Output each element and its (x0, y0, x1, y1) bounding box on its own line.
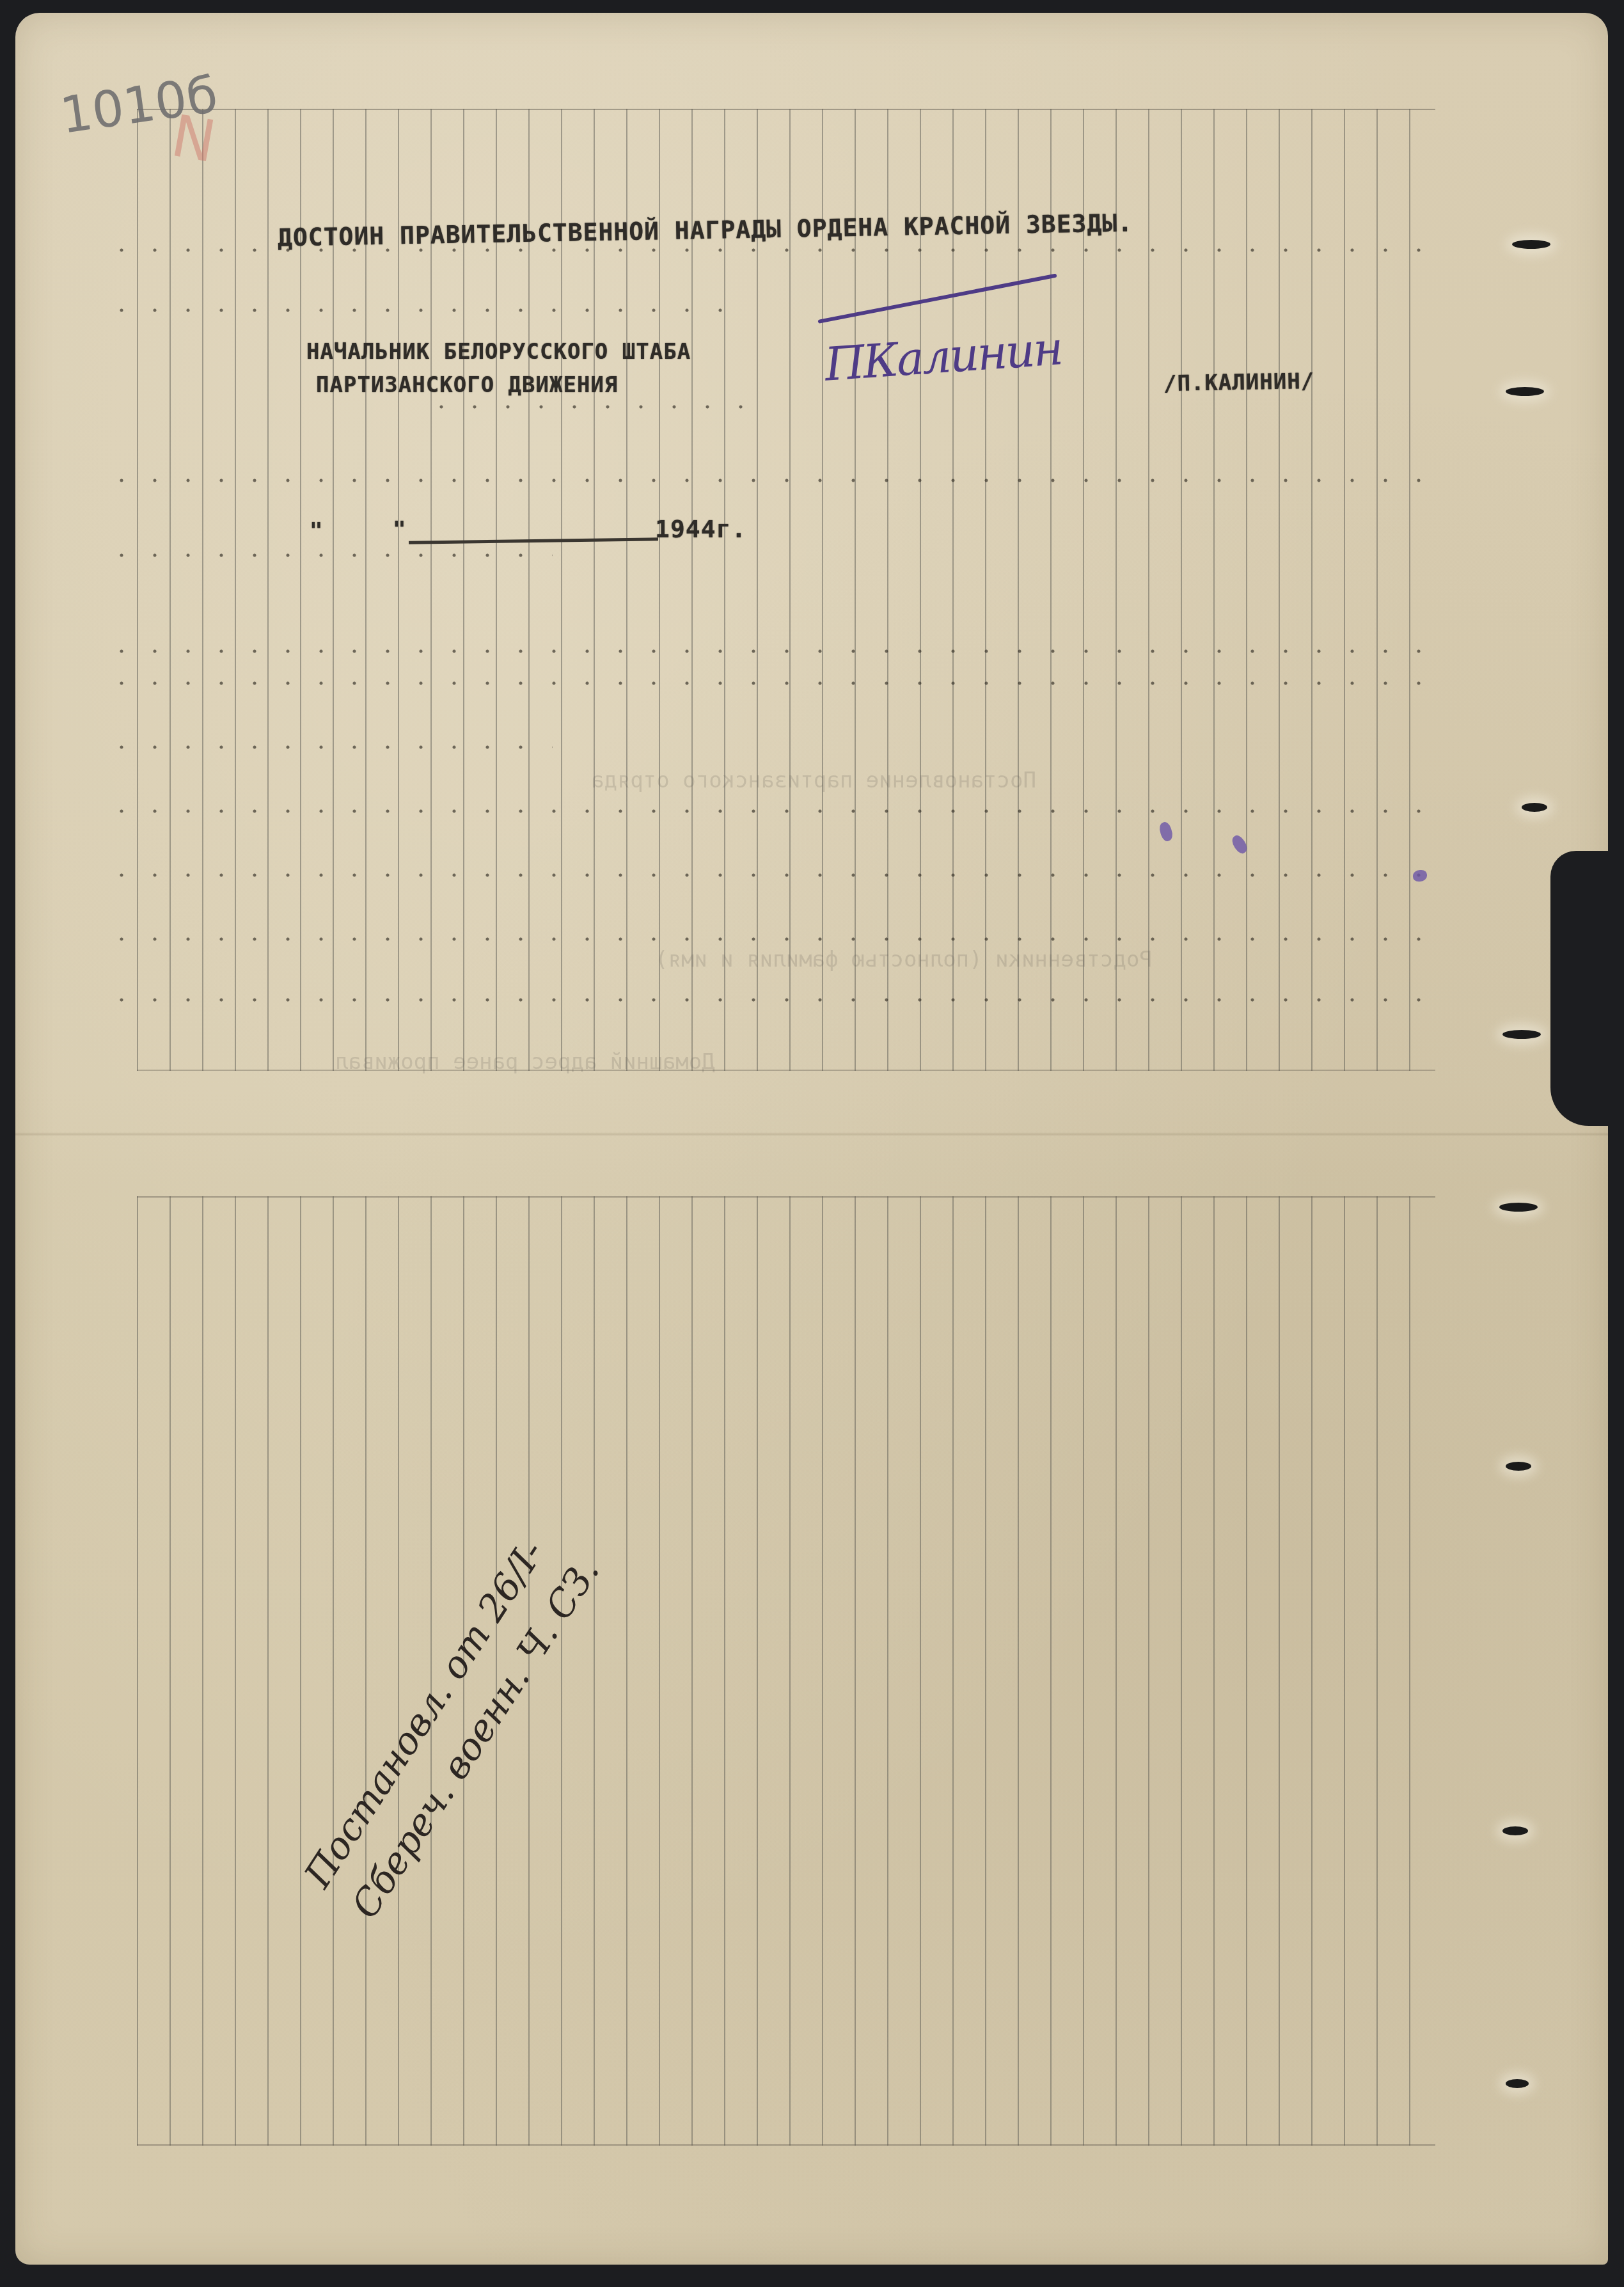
punch-hole (1506, 2079, 1529, 2088)
punch-hole (1512, 240, 1550, 249)
dot-leader-row (105, 553, 553, 557)
dot-leader-row (105, 937, 1448, 941)
date-open-quote: " (310, 518, 323, 544)
torn-edge (1550, 851, 1608, 1126)
date-year: 1944г. (655, 515, 746, 543)
signatory-position-line1: НАЧАЛЬНИК БЕЛОРУССКОГО ШТАБА (306, 339, 691, 365)
dot-leader-row (105, 873, 1448, 877)
punch-hole (1502, 1030, 1541, 1039)
paper-fold-crease (15, 1132, 1608, 1136)
dot-leader-row (105, 479, 1448, 482)
bleed-through-text: Постановление партизанского отряда (591, 768, 1036, 793)
date-close-quote: " (393, 517, 406, 542)
punch-hole (1522, 803, 1547, 812)
document-page: Родственники (полностью фамилия и имя) Д… (15, 13, 1608, 2265)
dot-leader-row (105, 998, 1448, 1002)
dot-leader-row (105, 308, 745, 312)
dot-leader-row (105, 649, 1448, 653)
dot-leader-row (425, 405, 745, 409)
signatory-name: /П.КАЛИНИН/ (1163, 368, 1315, 397)
punch-hole (1502, 1826, 1528, 1835)
bleed-through-text: Родственники (полностью фамилия и имя) (655, 947, 1153, 972)
dot-leader-row (105, 809, 1448, 813)
ink-spot (1413, 870, 1427, 882)
ruled-grid-lower (137, 1196, 1435, 2146)
dot-leader-row (105, 745, 553, 749)
signatory-position-line2: ПАРТИЗАНСКОГО ДВИЖЕНИЯ (316, 372, 618, 398)
punch-hole (1506, 1462, 1531, 1471)
dot-leader-row (105, 681, 1448, 685)
punch-hole (1506, 387, 1544, 396)
punch-hole (1499, 1203, 1538, 1212)
bleed-through-text: Домашний адрес ранее проживал (335, 1049, 715, 1075)
ruled-grid-upper (137, 109, 1435, 1071)
